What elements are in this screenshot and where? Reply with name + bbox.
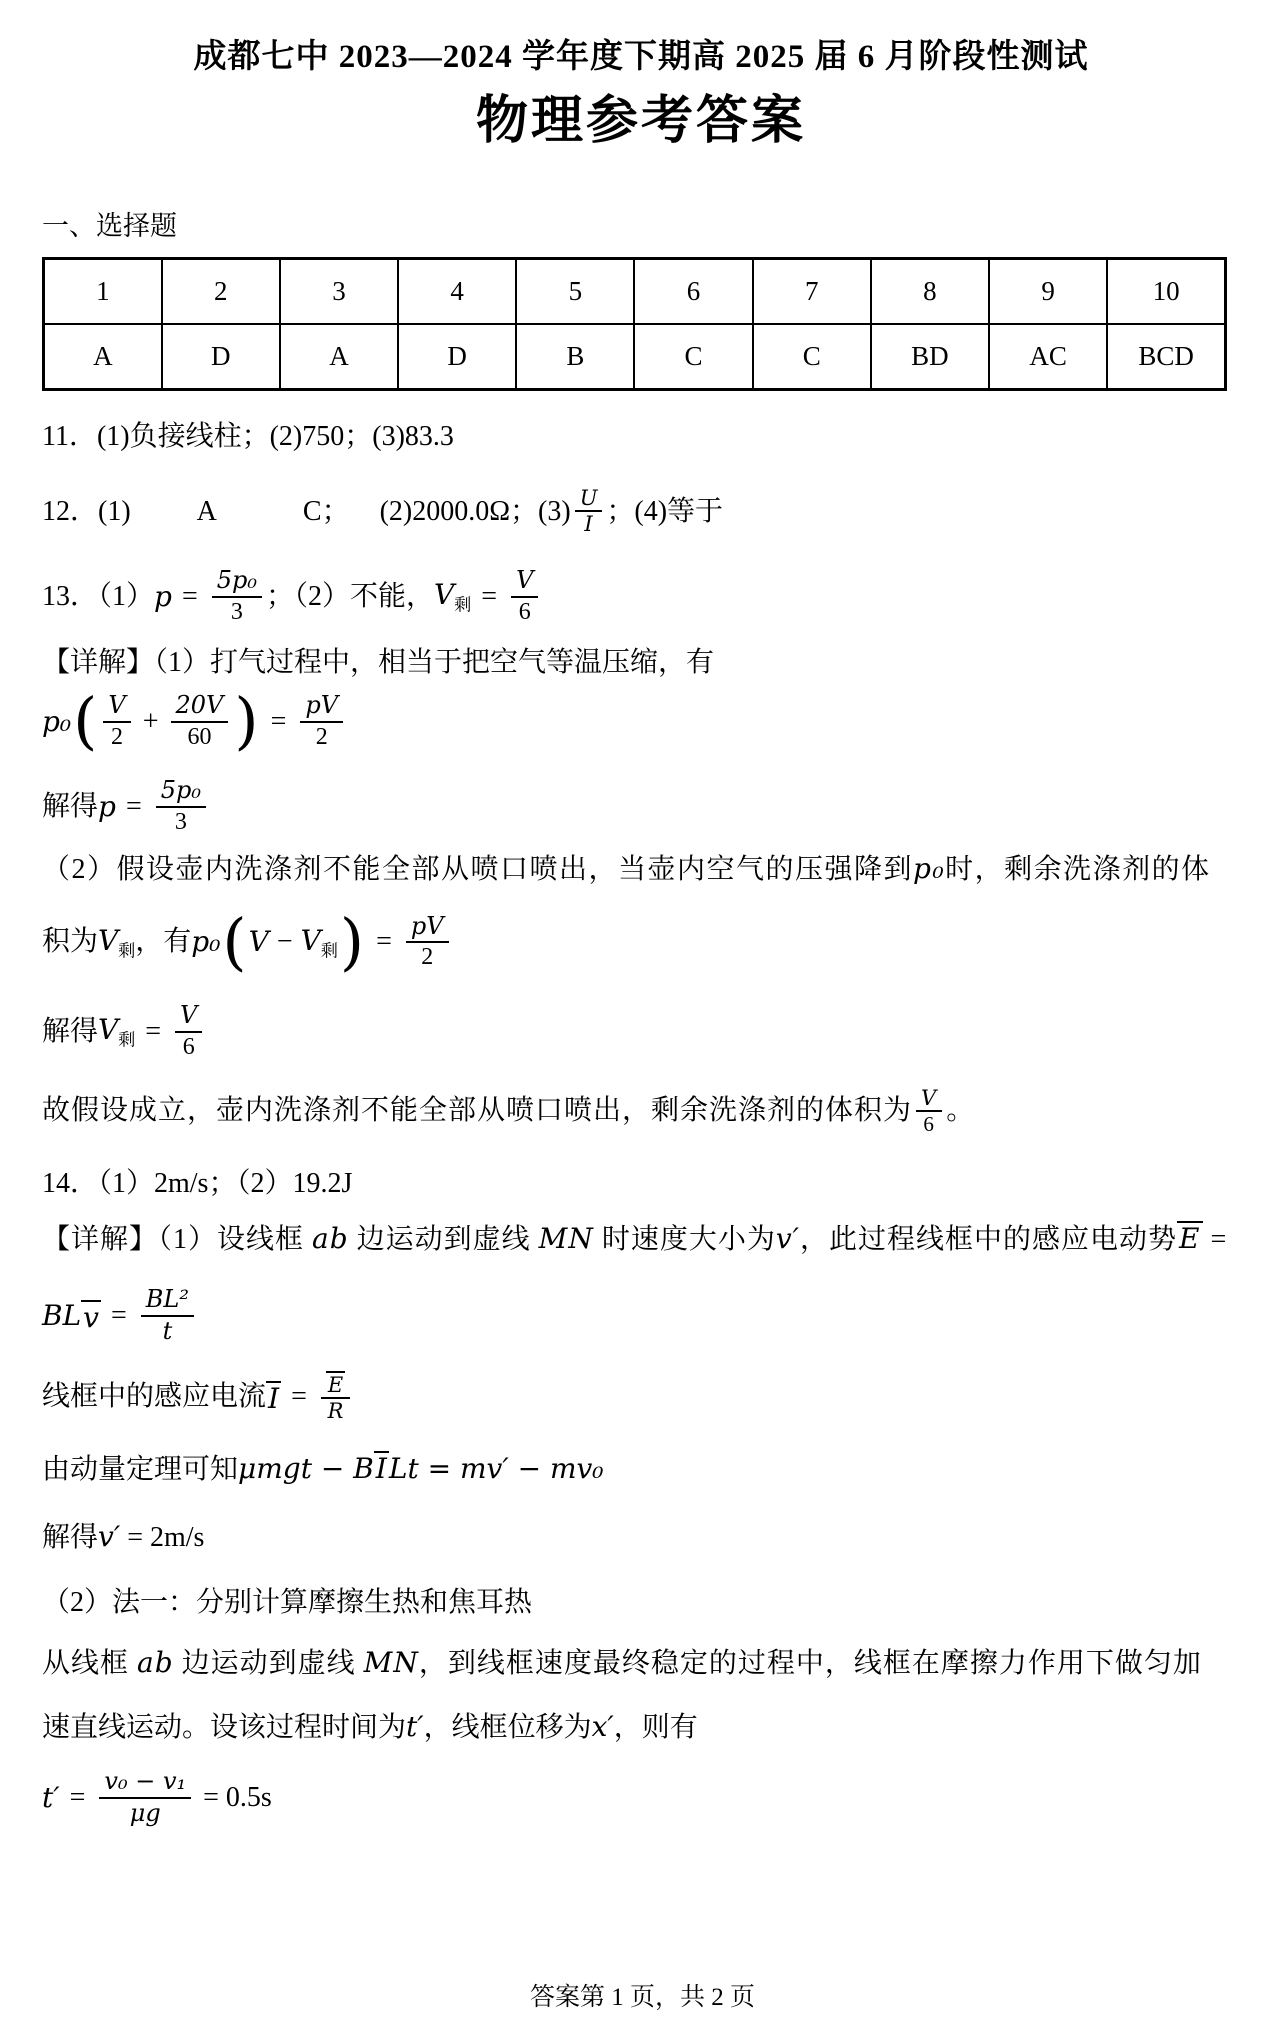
denominator: 3 xyxy=(226,598,248,627)
var-t-prime: t′ xyxy=(42,1778,60,1817)
equals-sign: = xyxy=(271,702,287,741)
numerator: V xyxy=(103,691,130,723)
exam-title: 成都七中 2023—2024 学年度下期高 2025 届 6 月阶段性测试 xyxy=(42,36,1240,79)
answer-14-line: 14．（1）2m/s；（2）19.2J xyxy=(42,1164,1240,1203)
text-run: ，有 xyxy=(135,922,191,961)
numerator: V xyxy=(511,566,538,598)
choice-answer-table: 1 2 3 4 5 6 7 8 9 10 A D A D B C C BD AC xyxy=(42,257,1227,391)
equals-sign: = xyxy=(70,1778,86,1817)
text-run: 线框中的感应电流 xyxy=(42,1377,266,1416)
fraction-pv-over-2: pV 2 xyxy=(300,691,343,752)
answer-12-line: 12．(1) A C； (2)2000.0Ω；(3) U I ；(4)等于 xyxy=(42,486,1240,536)
equals-sign: = xyxy=(481,577,497,616)
fraction-v-over-6: V 6 xyxy=(511,566,538,627)
question-number-cell: 6 xyxy=(634,258,752,324)
q12-answer-a: A xyxy=(197,492,217,531)
var-e-bar: E xyxy=(1177,1221,1202,1253)
formula-14-current: 线框中的感应电流 I = E R xyxy=(42,1371,1240,1423)
denominator: R xyxy=(323,1399,349,1423)
denominator: 3 xyxy=(170,808,192,837)
numerator: pV xyxy=(406,912,449,944)
numerator: v₀ − v₁ xyxy=(99,1767,191,1799)
question-number-cell: 2 xyxy=(162,258,280,324)
var-p0: p₀ xyxy=(191,922,220,961)
text-run: 故假设成立，壶内洗涤剂不能全部从喷口喷出，剩余洗涤剂的体积为 xyxy=(42,1091,912,1130)
var-ab: ab xyxy=(137,1646,174,1679)
q12-prefix: 12．(1) xyxy=(42,492,131,531)
denominator: 6 xyxy=(514,598,536,627)
right-paren: ) xyxy=(234,690,258,752)
fraction-e-over-r: E R xyxy=(321,1371,350,1423)
numerator: U xyxy=(575,486,603,512)
equals-sign: = xyxy=(145,1012,161,1051)
var-v-remaining: V剩 xyxy=(98,921,135,963)
var-p: p xyxy=(98,787,116,826)
left-paren: ( xyxy=(73,690,97,752)
equals-sign: = xyxy=(291,1377,307,1416)
equals-sign: = xyxy=(182,577,198,616)
question-number-cell: 9 xyxy=(989,258,1107,324)
solve-label: 解得 xyxy=(42,787,98,826)
plus-sign: + xyxy=(143,702,159,741)
numerator: V xyxy=(916,1086,942,1112)
question-number-cell: 4 xyxy=(398,258,516,324)
detail-13-intro: 【详解】（1）打气过程中，相当于把空气等温压缩，有 xyxy=(42,643,1240,682)
answer-13-line: 13．（1） p = 5p₀ 3 ；（2）不能， V剩 = V 6 xyxy=(42,566,1240,627)
denominator: 60 xyxy=(182,723,216,752)
text-run: 。 xyxy=(946,1091,975,1130)
var-p0: p₀ xyxy=(913,852,945,885)
equals-sign: = xyxy=(126,787,142,826)
var-v-prime: v′ xyxy=(776,1222,800,1255)
var-v-remaining: V剩 xyxy=(434,575,471,617)
detail-14-method: （2）法一：分别计算摩擦生热和焦耳热 xyxy=(42,1583,1240,1622)
var-mn: MN xyxy=(539,1222,594,1255)
var-x-prime: x′ xyxy=(592,1710,614,1743)
detail-13-part2-line2: 积为 V剩 ，有 p₀ ( V − V剩 ) = pV 2 xyxy=(42,911,1240,973)
var-i-bar: I xyxy=(266,1381,281,1413)
denominator: 2 xyxy=(416,943,438,972)
formula-14-momentum: 由动量定理可知μmgt − BILt = mv′ − mv₀ xyxy=(42,1449,1240,1489)
detail-13-part2-line1: （2）假设壶内洗涤剂不能全部从喷口喷出，当壶内空气的压强降到p₀时，剩余洗涤剂的… xyxy=(42,849,1240,889)
detail-14-intro: 【详解】（1）设线框 ab 边运动到虚线 MN 时速度大小为v′，此过程线框中的… xyxy=(42,1219,1240,1259)
answer-cell: D xyxy=(162,324,280,390)
var-p: p xyxy=(154,577,172,616)
text-run: 积为 xyxy=(42,922,98,961)
answer-cell: AC xyxy=(989,324,1107,390)
var-v-prime: v′ xyxy=(98,1520,120,1553)
q13-mid: ；（2）不能， xyxy=(266,577,434,616)
solve-label: 解得 xyxy=(42,1012,98,1051)
answer-11-line: 11．(1)负接线柱；(2)750；(3)83.3 xyxy=(42,417,1240,456)
answer-key-title: 物理参考答案 xyxy=(42,89,1240,154)
section-heading-choice: 一、选择题 xyxy=(42,204,1240,243)
denominator: 6 xyxy=(918,1112,940,1136)
formula-13-solve-p: 解得 p = 5p₀ 3 xyxy=(42,776,1240,837)
fraction-v-over-6: V 6 xyxy=(175,1001,202,1062)
fraction-5p0-over-3: 5p₀ 3 xyxy=(156,776,206,837)
formula-14-emf: BL v = BL² t xyxy=(42,1285,1240,1347)
q12-part2: (2)2000.0Ω；(3) xyxy=(380,492,571,531)
denominator: I xyxy=(579,512,597,536)
question-number-cell: 1 xyxy=(44,258,162,324)
fraction-bl2-over-t: BL² t xyxy=(141,1285,194,1347)
equals-sign: = xyxy=(1211,1224,1228,1255)
answer-cell: BD xyxy=(871,324,989,390)
numerator: 5p₀ xyxy=(156,776,206,808)
var-bl: BL xyxy=(42,1296,81,1335)
denominator: 2 xyxy=(106,723,128,752)
answer-cell: C xyxy=(753,324,871,390)
numerator: 20V xyxy=(171,691,229,723)
question-number-cell: 7 xyxy=(753,258,871,324)
q12-answer-c: C； xyxy=(303,492,350,531)
var-ab: ab xyxy=(312,1222,349,1255)
var-v-remaining: V剩 xyxy=(98,1010,135,1052)
right-paren: ) xyxy=(340,911,364,973)
q12-part4: ；(4)等于 xyxy=(606,492,723,531)
var-i-bar: I xyxy=(374,1451,389,1483)
fraction-v0-minus-v1-over-ug: v₀ − v₁ μg xyxy=(99,1767,191,1829)
answer-cell: BCD xyxy=(1107,324,1225,390)
minus-sign: − xyxy=(277,922,293,961)
fraction-v-over-2: V 2 xyxy=(103,691,130,752)
fraction-pv-over-2: pV 2 xyxy=(406,912,449,973)
q13-prefix: 13．（1） xyxy=(42,577,154,616)
answer-cell: A xyxy=(44,324,162,390)
question-number-cell: 3 xyxy=(280,258,398,324)
answer-cell: A xyxy=(280,324,398,390)
answer-cell: D xyxy=(398,324,516,390)
var-p0: p₀ xyxy=(42,702,71,741)
physics-answer-key-page: 成都七中 2023—2024 学年度下期高 2025 届 6 月阶段性测试 物理… xyxy=(0,0,1285,2031)
question-number-cell: 8 xyxy=(871,258,989,324)
answer-cell: C xyxy=(634,324,752,390)
denominator: t xyxy=(158,1317,178,1347)
denominator: μg xyxy=(125,1799,166,1829)
fraction-5p0-over-3: 5p₀ 3 xyxy=(212,566,262,627)
answer-row: A D A D B C C BD AC BCD xyxy=(44,324,1226,390)
denominator: 6 xyxy=(178,1033,200,1062)
fraction-v-over-6: V 6 xyxy=(916,1086,942,1136)
question-number-row: 1 2 3 4 5 6 7 8 9 10 xyxy=(44,258,1226,324)
question-number-cell: 5 xyxy=(516,258,634,324)
numerator: pV xyxy=(300,691,343,723)
var-t-prime: t′ xyxy=(406,1710,424,1743)
numerator: BL² xyxy=(141,1285,194,1317)
numerator: 5p₀ xyxy=(212,566,262,598)
equals-sign: = xyxy=(111,1296,127,1335)
equals-sign: = xyxy=(376,922,392,961)
fraction-u-over-i: U I xyxy=(575,486,603,536)
detail-14-para-line2: 速直线运动。设该过程时间为t′，线框位移为x′，则有 xyxy=(42,1707,1240,1747)
page-footer: 答案第 1 页，共 2 页 xyxy=(0,1977,1285,2013)
denominator: 2 xyxy=(311,723,333,752)
result-value: = 0.5s xyxy=(203,1778,272,1817)
answer-cell: B xyxy=(516,324,634,390)
var-v-bar: v xyxy=(81,1300,101,1332)
var-mn: MN xyxy=(364,1646,419,1679)
var-v-remaining: V剩 xyxy=(301,921,338,963)
formula-14-time: t′ = v₀ − v₁ μg = 0.5s xyxy=(42,1767,1240,1829)
formula-13-pump: p₀ ( V 2 + 20V 60 ) = pV 2 xyxy=(42,690,1240,752)
detail-14-para-line1: 从线框 ab 边运动到虚线 MN，到线框速度最终稳定的过程中，线框在摩擦力作用下… xyxy=(42,1643,1240,1683)
var-v: V xyxy=(249,922,269,961)
left-paren: ( xyxy=(222,911,246,973)
formula-14-solve-v: 解得v′ = 2m/s xyxy=(42,1517,1240,1557)
detail-13-conclusion: 故假设成立，壶内洗涤剂不能全部从喷口喷出，剩余洗涤剂的体积为 V 6 。 xyxy=(42,1086,1240,1136)
formula-13-solve-v: 解得 V剩 = V 6 xyxy=(42,1001,1240,1062)
numerator: V xyxy=(175,1001,202,1033)
question-number-cell: 10 xyxy=(1107,258,1225,324)
fraction-20v-over-60: 20V 60 xyxy=(171,691,229,752)
numerator: E xyxy=(321,1371,350,1399)
